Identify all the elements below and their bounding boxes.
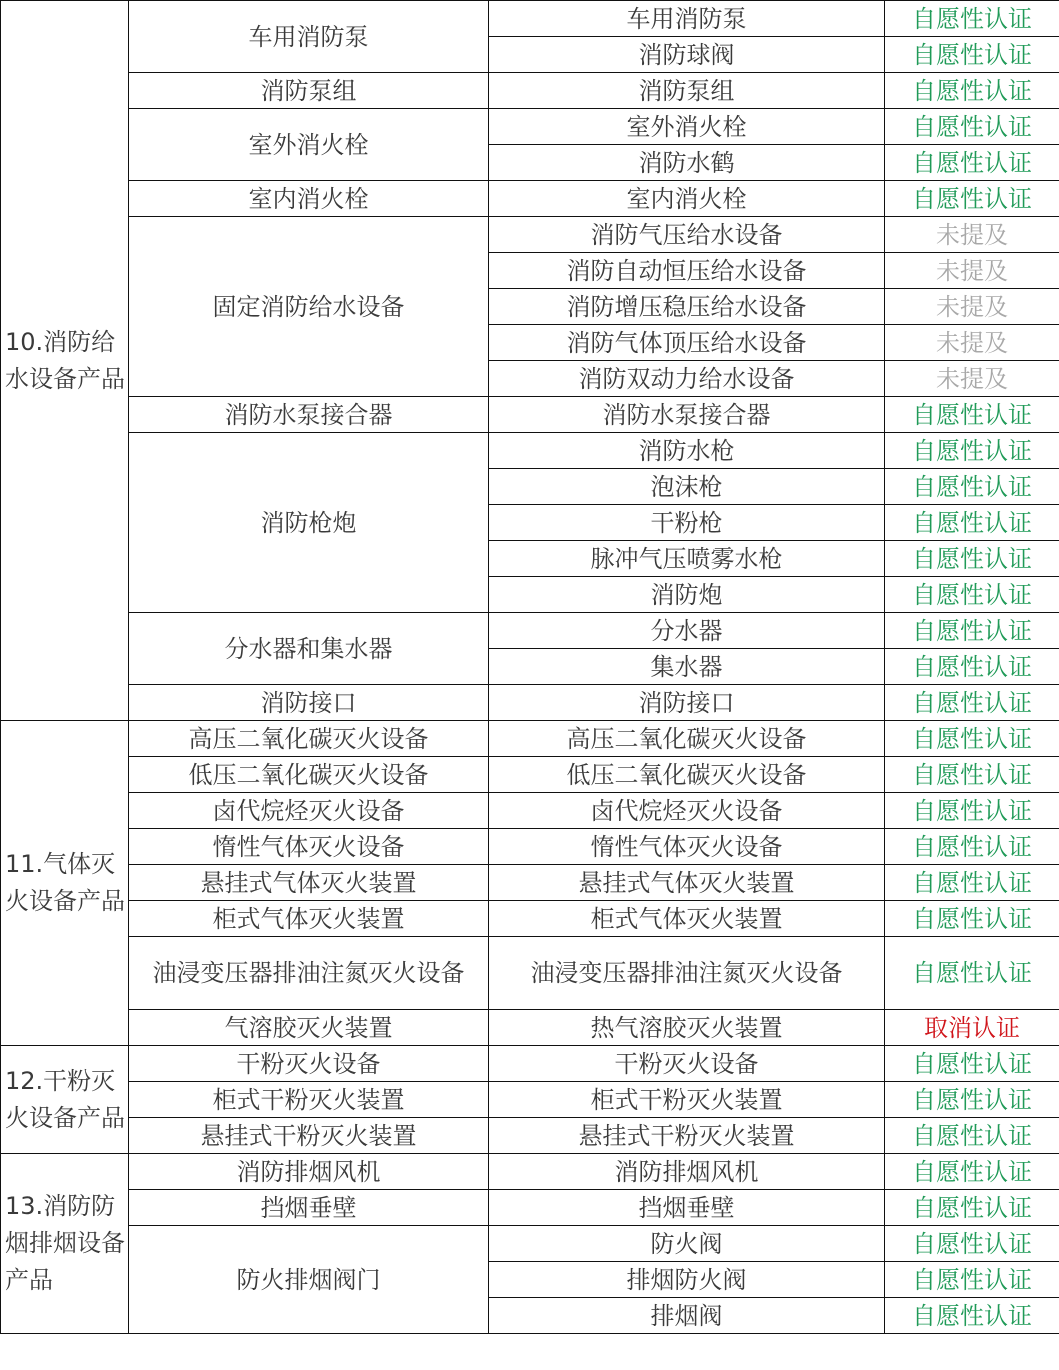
product-cell: 消防水鹤 bbox=[489, 145, 885, 181]
table-row: 10.消防给水设备产品车用消防泵车用消防泵自愿性认证 bbox=[1, 1, 1059, 37]
product-cell: 消防接口 bbox=[489, 685, 885, 721]
product-cell: 卤代烷烃灭火设备 bbox=[489, 793, 885, 829]
group-cell: 悬挂式气体灭火装置 bbox=[129, 865, 489, 901]
table-row: 气溶胶灭火装置热气溶胶灭火装置取消认证 bbox=[1, 1010, 1059, 1046]
product-cell: 消防排烟风机 bbox=[489, 1154, 885, 1190]
group-cell: 油浸变压器排油注氮灭火设备 bbox=[129, 937, 489, 1010]
status-cell: 取消认证 bbox=[885, 1010, 1059, 1046]
status-cell: 自愿性认证 bbox=[885, 541, 1059, 577]
status-cell: 自愿性认证 bbox=[885, 1298, 1059, 1334]
status-cell: 自愿性认证 bbox=[885, 901, 1059, 937]
product-cell: 高压二氧化碳灭火设备 bbox=[489, 721, 885, 757]
product-cell: 消防气压给水设备 bbox=[489, 217, 885, 253]
status-cell: 自愿性认证 bbox=[885, 145, 1059, 181]
product-cell: 消防气体顶压给水设备 bbox=[489, 325, 885, 361]
group-cell: 柜式干粉灭火装置 bbox=[129, 1082, 489, 1118]
table-row: 油浸变压器排油注氮灭火设备油浸变压器排油注氮灭火设备自愿性认证 bbox=[1, 937, 1059, 1010]
status-cell: 未提及 bbox=[885, 289, 1059, 325]
group-cell: 室内消火栓 bbox=[129, 181, 489, 217]
group-cell: 干粉灭火设备 bbox=[129, 1046, 489, 1082]
product-cell: 排烟阀 bbox=[489, 1298, 885, 1334]
status-cell: 自愿性认证 bbox=[885, 73, 1059, 109]
product-cell: 分水器 bbox=[489, 613, 885, 649]
table-row: 12.干粉灭火设备产品干粉灭火设备干粉灭火设备自愿性认证 bbox=[1, 1046, 1059, 1082]
table-row: 13.消防防烟排烟设备产品消防排烟风机消防排烟风机自愿性认证 bbox=[1, 1154, 1059, 1190]
product-cell: 悬挂式气体灭火装置 bbox=[489, 865, 885, 901]
status-cell: 自愿性认证 bbox=[885, 469, 1059, 505]
group-cell: 防火排烟阀门 bbox=[129, 1226, 489, 1334]
product-cell: 悬挂式干粉灭火装置 bbox=[489, 1118, 885, 1154]
table-row: 11.气体灭火设备产品高压二氧化碳灭火设备高压二氧化碳灭火设备自愿性认证 bbox=[1, 721, 1059, 757]
product-cell: 室内消火栓 bbox=[489, 181, 885, 217]
table-row: 分水器和集水器分水器自愿性认证 bbox=[1, 613, 1059, 649]
table-row: 悬挂式气体灭火装置悬挂式气体灭火装置自愿性认证 bbox=[1, 865, 1059, 901]
product-cell: 防火阀 bbox=[489, 1226, 885, 1262]
product-cell: 消防增压稳压给水设备 bbox=[489, 289, 885, 325]
status-cell: 自愿性认证 bbox=[885, 685, 1059, 721]
product-cell: 柜式干粉灭火装置 bbox=[489, 1082, 885, 1118]
status-cell: 自愿性认证 bbox=[885, 865, 1059, 901]
product-cell: 热气溶胶灭火装置 bbox=[489, 1010, 885, 1046]
group-cell: 挡烟垂壁 bbox=[129, 1190, 489, 1226]
group-cell: 悬挂式干粉灭火装置 bbox=[129, 1118, 489, 1154]
status-cell: 未提及 bbox=[885, 253, 1059, 289]
product-cell: 惰性气体灭火设备 bbox=[489, 829, 885, 865]
group-cell: 消防泵组 bbox=[129, 73, 489, 109]
status-cell: 自愿性认证 bbox=[885, 829, 1059, 865]
product-cell: 消防炮 bbox=[489, 577, 885, 613]
status-cell: 自愿性认证 bbox=[885, 613, 1059, 649]
status-cell: 自愿性认证 bbox=[885, 1262, 1059, 1298]
product-cell: 消防自动恒压给水设备 bbox=[489, 253, 885, 289]
status-cell: 自愿性认证 bbox=[885, 1046, 1059, 1082]
group-cell: 卤代烷烃灭火设备 bbox=[129, 793, 489, 829]
product-cell: 集水器 bbox=[489, 649, 885, 685]
product-cell: 车用消防泵 bbox=[489, 1, 885, 37]
table-row: 室内消火栓室内消火栓自愿性认证 bbox=[1, 181, 1059, 217]
status-cell: 自愿性认证 bbox=[885, 1154, 1059, 1190]
product-cell: 柜式气体灭火装置 bbox=[489, 901, 885, 937]
status-cell: 未提及 bbox=[885, 217, 1059, 253]
group-cell: 低压二氧化碳灭火设备 bbox=[129, 757, 489, 793]
product-cell: 消防球阀 bbox=[489, 37, 885, 73]
status-cell: 自愿性认证 bbox=[885, 721, 1059, 757]
certification-table: 10.消防给水设备产品车用消防泵车用消防泵自愿性认证消防球阀自愿性认证消防泵组消… bbox=[0, 0, 1059, 1334]
product-cell: 消防双动力给水设备 bbox=[489, 361, 885, 397]
status-cell: 自愿性认证 bbox=[885, 757, 1059, 793]
category-cell: 11.气体灭火设备产品 bbox=[1, 721, 129, 1046]
status-cell: 自愿性认证 bbox=[885, 937, 1059, 1010]
group-cell: 消防排烟风机 bbox=[129, 1154, 489, 1190]
product-cell: 消防泵组 bbox=[489, 73, 885, 109]
table-row: 固定消防给水设备消防气压给水设备未提及 bbox=[1, 217, 1059, 253]
table-row: 室外消火栓室外消火栓自愿性认证 bbox=[1, 109, 1059, 145]
product-cell: 室外消火栓 bbox=[489, 109, 885, 145]
table-row: 柜式干粉灭火装置柜式干粉灭火装置自愿性认证 bbox=[1, 1082, 1059, 1118]
product-cell: 消防水枪 bbox=[489, 433, 885, 469]
table-row: 消防泵组消防泵组自愿性认证 bbox=[1, 73, 1059, 109]
status-cell: 自愿性认证 bbox=[885, 649, 1059, 685]
group-cell: 分水器和集水器 bbox=[129, 613, 489, 685]
group-cell: 固定消防给水设备 bbox=[129, 217, 489, 397]
status-cell: 自愿性认证 bbox=[885, 397, 1059, 433]
status-cell: 自愿性认证 bbox=[885, 1118, 1059, 1154]
group-cell: 消防水泵接合器 bbox=[129, 397, 489, 433]
table-row: 消防接口消防接口自愿性认证 bbox=[1, 685, 1059, 721]
table-row: 消防枪炮消防水枪自愿性认证 bbox=[1, 433, 1059, 469]
product-cell: 排烟防火阀 bbox=[489, 1262, 885, 1298]
status-cell: 自愿性认证 bbox=[885, 505, 1059, 541]
status-cell: 自愿性认证 bbox=[885, 1190, 1059, 1226]
product-cell: 挡烟垂壁 bbox=[489, 1190, 885, 1226]
status-cell: 自愿性认证 bbox=[885, 37, 1059, 73]
table-row: 低压二氧化碳灭火设备低压二氧化碳灭火设备自愿性认证 bbox=[1, 757, 1059, 793]
table-row: 挡烟垂壁挡烟垂壁自愿性认证 bbox=[1, 1190, 1059, 1226]
table-row: 悬挂式干粉灭火装置悬挂式干粉灭火装置自愿性认证 bbox=[1, 1118, 1059, 1154]
product-cell: 消防水泵接合器 bbox=[489, 397, 885, 433]
status-cell: 自愿性认证 bbox=[885, 109, 1059, 145]
status-cell: 自愿性认证 bbox=[885, 181, 1059, 217]
group-cell: 气溶胶灭火装置 bbox=[129, 1010, 489, 1046]
group-cell: 车用消防泵 bbox=[129, 1, 489, 73]
status-cell: 自愿性认证 bbox=[885, 1, 1059, 37]
table-row: 柜式气体灭火装置柜式气体灭火装置自愿性认证 bbox=[1, 901, 1059, 937]
table-row: 消防水泵接合器消防水泵接合器自愿性认证 bbox=[1, 397, 1059, 433]
category-cell: 12.干粉灭火设备产品 bbox=[1, 1046, 129, 1154]
status-cell: 未提及 bbox=[885, 361, 1059, 397]
status-cell: 自愿性认证 bbox=[885, 1082, 1059, 1118]
category-cell: 13.消防防烟排烟设备产品 bbox=[1, 1154, 129, 1334]
status-cell: 自愿性认证 bbox=[885, 793, 1059, 829]
status-cell: 自愿性认证 bbox=[885, 577, 1059, 613]
status-cell: 未提及 bbox=[885, 325, 1059, 361]
product-cell: 油浸变压器排油注氮灭火设备 bbox=[489, 937, 885, 1010]
table-row: 防火排烟阀门防火阀自愿性认证 bbox=[1, 1226, 1059, 1262]
product-cell: 脉冲气压喷雾水枪 bbox=[489, 541, 885, 577]
group-cell: 消防接口 bbox=[129, 685, 489, 721]
status-cell: 自愿性认证 bbox=[885, 433, 1059, 469]
group-cell: 惰性气体灭火设备 bbox=[129, 829, 489, 865]
category-cell: 10.消防给水设备产品 bbox=[1, 1, 129, 721]
status-cell: 自愿性认证 bbox=[885, 1226, 1059, 1262]
product-cell: 干粉枪 bbox=[489, 505, 885, 541]
table-row: 卤代烷烃灭火设备卤代烷烃灭火设备自愿性认证 bbox=[1, 793, 1059, 829]
table-row: 惰性气体灭火设备惰性气体灭火设备自愿性认证 bbox=[1, 829, 1059, 865]
group-cell: 消防枪炮 bbox=[129, 433, 489, 613]
product-cell: 干粉灭火设备 bbox=[489, 1046, 885, 1082]
product-cell: 低压二氧化碳灭火设备 bbox=[489, 757, 885, 793]
group-cell: 柜式气体灭火装置 bbox=[129, 901, 489, 937]
product-cell: 泡沫枪 bbox=[489, 469, 885, 505]
group-cell: 室外消火栓 bbox=[129, 109, 489, 181]
group-cell: 高压二氧化碳灭火设备 bbox=[129, 721, 489, 757]
table-body: 10.消防给水设备产品车用消防泵车用消防泵自愿性认证消防球阀自愿性认证消防泵组消… bbox=[1, 1, 1059, 1334]
